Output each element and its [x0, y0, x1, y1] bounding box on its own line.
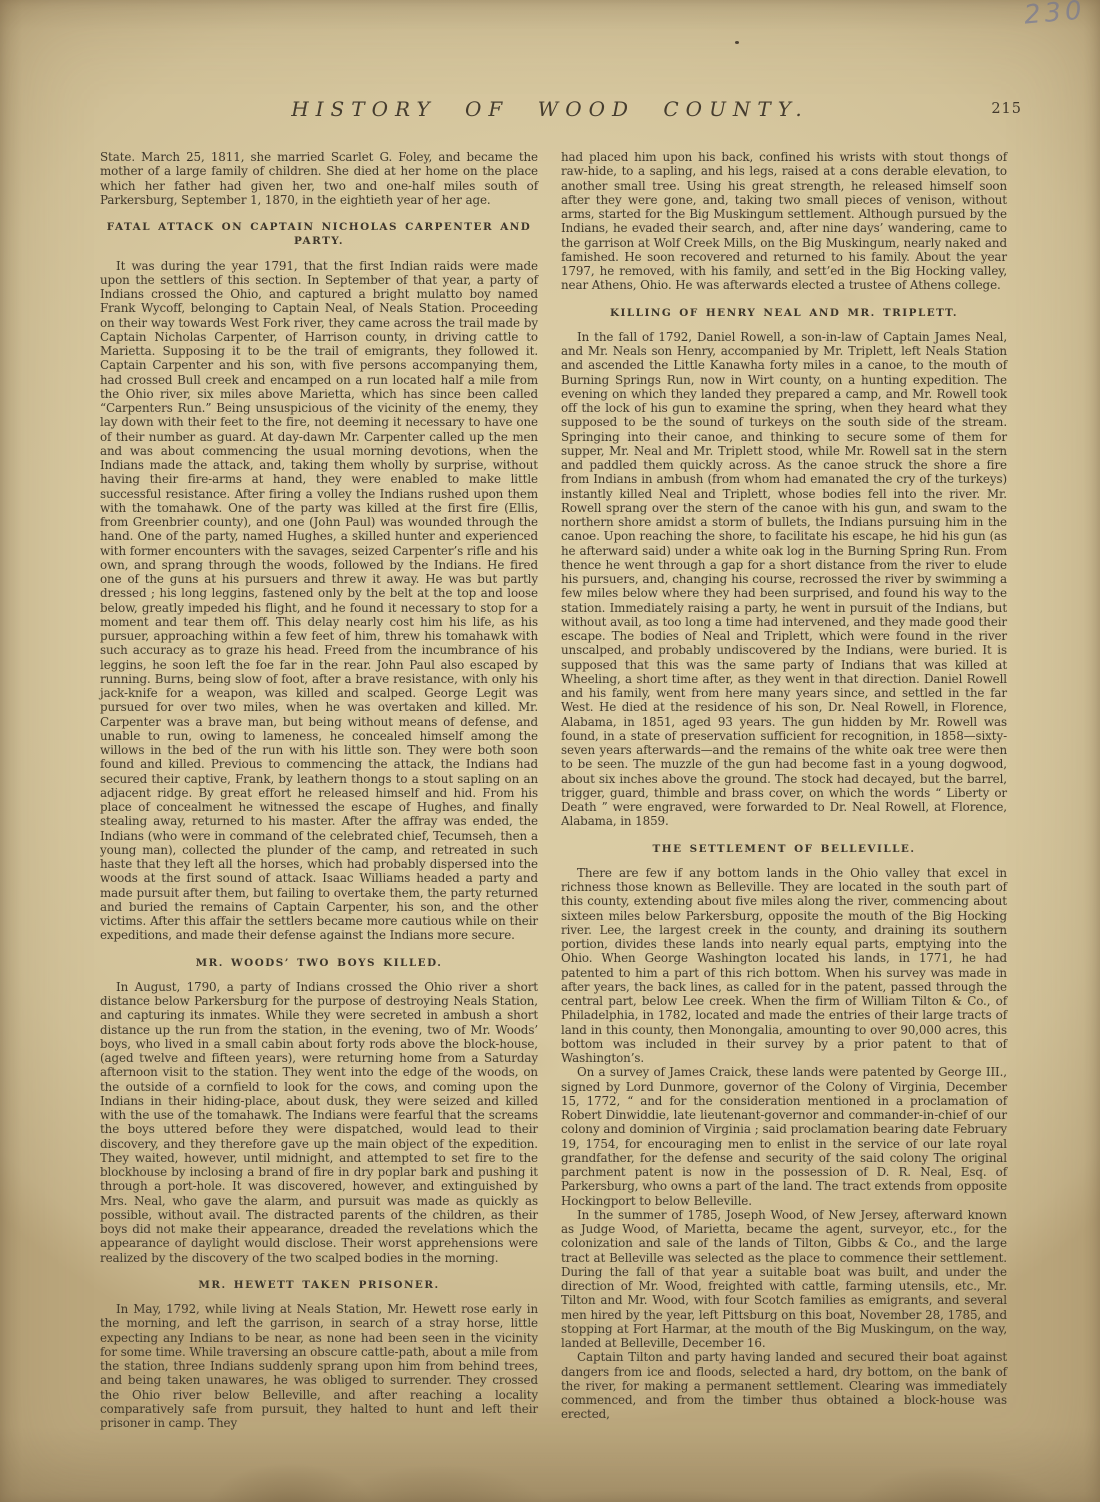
- book-page: 230 HISTORY OF WOOD COUNTY. 215 State. M…: [0, 0, 1100, 1502]
- ink-speck: [735, 41, 739, 44]
- handwritten-folio-number: 230: [1023, 0, 1087, 31]
- body-paragraph: In May, 1792, while living at Neals Stat…: [100, 1302, 538, 1430]
- text-column-right: had placed him upon his back, confined h…: [561, 150, 1007, 1422]
- body-paragraph: It was during the year 1791, that the fi…: [100, 259, 538, 943]
- section-heading: KILLING OF HENRY NEAL AND MR. TRIPLETT.: [565, 306, 1003, 320]
- page-number: 215: [950, 101, 1022, 117]
- running-title: HISTORY OF WOOD COUNTY.: [0, 97, 1100, 121]
- body-paragraph: In the summer of 1785, Joseph Wood, of N…: [561, 1208, 1007, 1351]
- body-paragraph: On a survey of James Craick, these lands…: [561, 1065, 1007, 1208]
- body-paragraph: In August, 1790, a party of Indians cros…: [100, 980, 538, 1265]
- body-paragraph: had placed him upon his back, confined h…: [561, 150, 1007, 293]
- section-heading: MR. HEWETT TAKEN PRISONER.: [104, 1278, 534, 1292]
- body-paragraph: Captain Tilton and party having landed a…: [561, 1350, 1007, 1421]
- body-paragraph: In the fall of 1792, Daniel Rowell, a so…: [561, 330, 1007, 829]
- text-column-left: State. March 25, 1811, she married Scarl…: [100, 150, 538, 1430]
- section-heading: FATAL ATTACK ON CAPTAIN NICHOLAS CARPENT…: [104, 220, 534, 249]
- section-heading: MR. WOODS’ TWO BOYS KILLED.: [104, 956, 534, 970]
- body-paragraph: There are few if any bottom lands in the…: [561, 866, 1007, 1066]
- section-heading: THE SETTLEMENT OF BELLEVILLE.: [565, 842, 1003, 856]
- body-paragraph: State. March 25, 1811, she married Scarl…: [100, 150, 538, 207]
